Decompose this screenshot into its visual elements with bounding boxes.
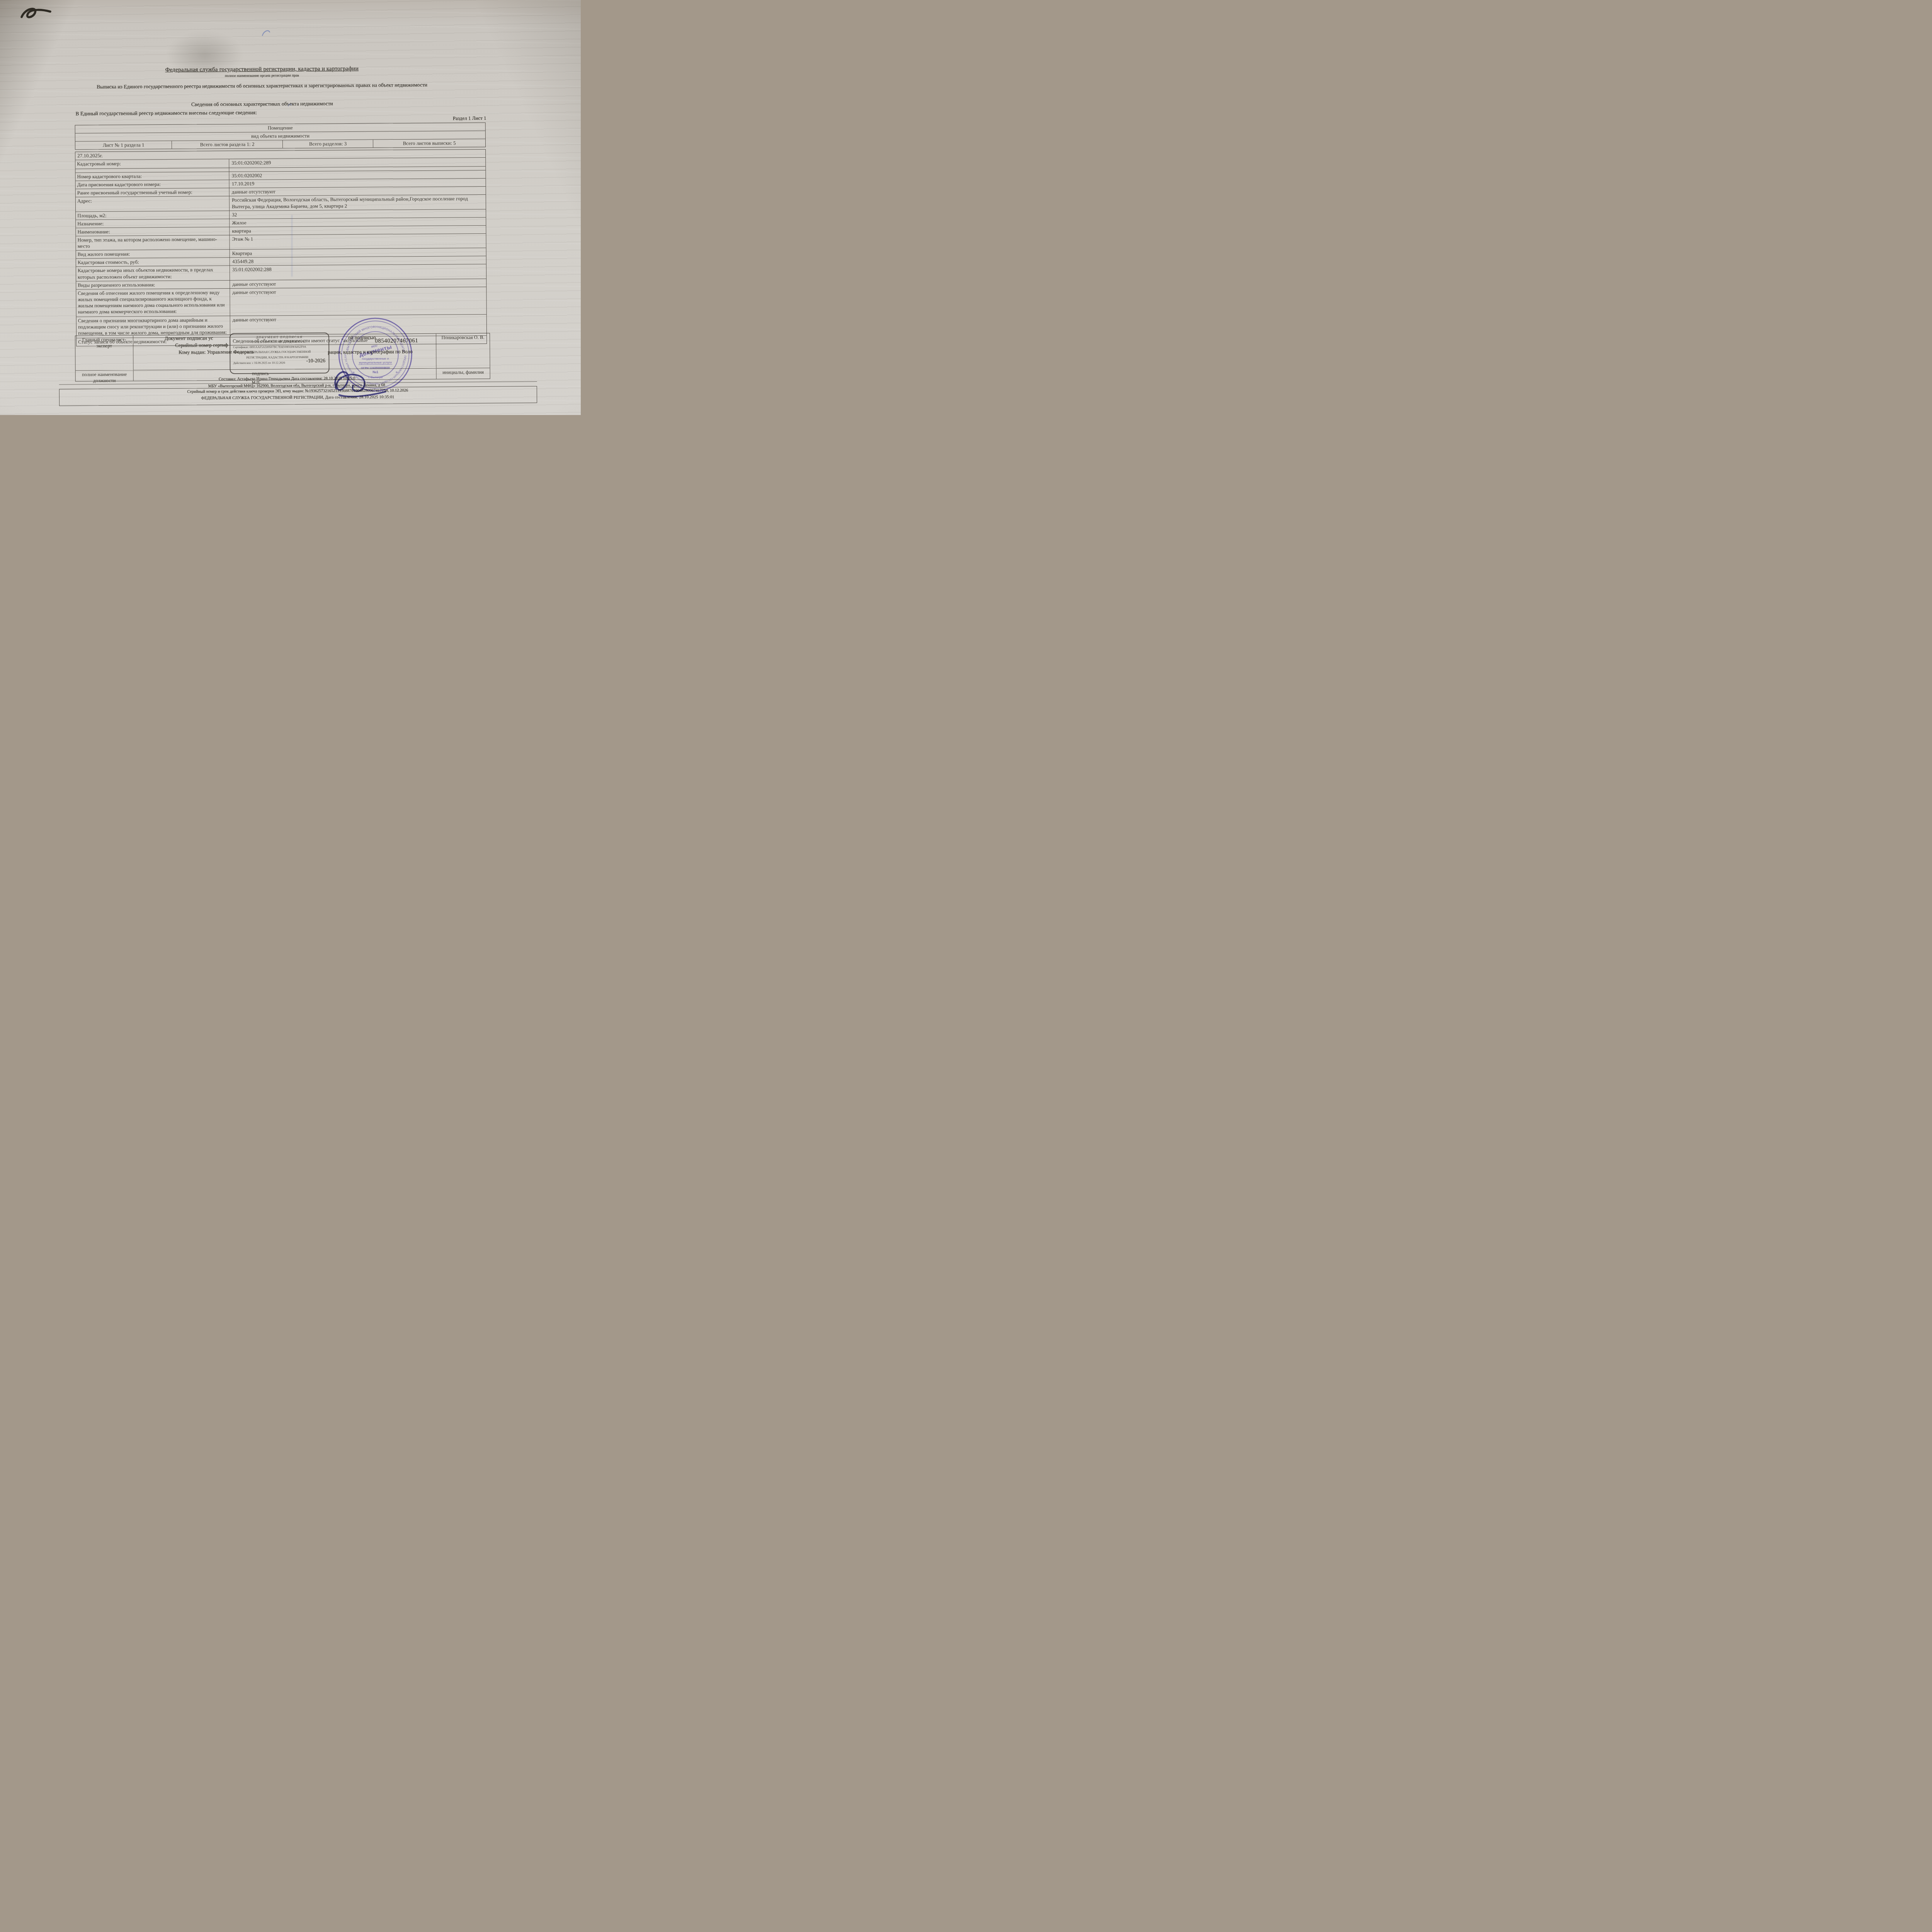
signer-name: Поникаровская О. В. (436, 333, 490, 368)
row-label: Кадастровая стоимость, руб: (76, 258, 230, 267)
blue-ink-mark (261, 29, 271, 37)
stamp-line2: муниципальные услуги (359, 361, 392, 364)
sheet-cell: Всего разделов: 3 (283, 140, 374, 148)
row-label: Ранее присвоенный государственный учетны… (76, 188, 230, 197)
sheet-cell: Всего листов выписки: 5 (373, 139, 485, 148)
ep-stamp-certificate: Сертификат: 0091AAF5A599507BC7E6D39D2DFA… (233, 344, 326, 350)
row-value: данные отсутствуют (230, 187, 486, 196)
org-name: Федеральная служба государственной регис… (127, 65, 397, 73)
row-value: Российская Федерация, Вологодская област… (230, 195, 486, 210)
row-value: 35:01:0202002:288 (230, 264, 486, 280)
blue-ink-streak (291, 215, 293, 277)
stamp-star-right-icon: ✳ (395, 371, 398, 374)
ep-stamp-owner: Владелец: ФЕДЕРАЛЬНАЯ СЛУЖБА ГОСУДАРСТВЕ… (233, 349, 326, 355)
scanned-document-photo: Федеральная служба государственной регис… (0, 0, 581, 415)
section-sheet-label: Раздел 1 Лист 1 (386, 115, 486, 122)
row-value: 17.10.2019 (230, 179, 486, 188)
signer-position: Главный специалист-эксперт (75, 335, 134, 370)
row-value: данные отсутствуют (230, 279, 486, 288)
row-label: Наименование: (76, 227, 230, 236)
sheet-cell: Всего листов раздела 1: 2 (172, 140, 283, 149)
characteristics-table: 27.10.2025г. Кадастровый номер:35:01:020… (75, 149, 487, 346)
row-label: Площадь, м2: (76, 211, 230, 220)
row-value: 35:01:0202002:289 (229, 158, 485, 168)
row-label: Кадастровый номер: (75, 159, 229, 168)
object-kind-table: Помещение вид объекта недвижимости Лист … (75, 122, 486, 150)
row-value: данные отсутствуют (230, 287, 486, 316)
row-value: 435449.28 (230, 256, 486, 265)
row-value: 32 (230, 209, 486, 219)
row-label: Номер, тип этажа, на котором расположено… (76, 235, 230, 250)
section-title: Сведения об основных характеристиках объ… (107, 100, 417, 108)
row-label: Дата присвоения кадастрового номера: (76, 180, 230, 189)
org-caption: полное наименование органа регистрации п… (127, 73, 397, 78)
row-label: Виды разрешенного использования: (76, 281, 230, 289)
row-value: 35:01:0202002 (229, 170, 485, 180)
sheet-cell: Лист № 1 раздела 1 (75, 141, 172, 150)
printed-date-fragment: -10-2026 (306, 357, 325, 364)
printed-signed-line-left: Документ подписан ус (165, 335, 213, 342)
stamp-line1: государственные и (362, 357, 389, 360)
printed-serial-label: Серийный номер сертиф (175, 342, 228, 349)
handwritten-signature (327, 364, 393, 400)
extract-title: Выписка из Единого государственного реес… (66, 82, 458, 90)
corner-pen-scribble (19, 5, 54, 22)
row-value: Этаж № 1 (230, 234, 486, 249)
blue-ink-dot (287, 102, 292, 107)
row-value: Квартира (230, 248, 486, 257)
row-label: Номер кадастрового квартала: (75, 172, 229, 181)
document-page: Федеральная служба государственной регис… (0, 0, 581, 415)
row-label: Назначение: (76, 219, 230, 228)
row-label: Адрес: (76, 196, 230, 211)
row-value: Жилое (230, 218, 486, 227)
digital-signature-stamp: ДОКУМЕНТ ПОДПИСАН ЭЛЕКТРОННОЙ ПОДПИСЬЮ С… (230, 332, 330, 374)
row-value: квартира (230, 226, 486, 235)
intro-line: В Единый государственный реестр недвижим… (75, 110, 257, 117)
row-label: Сведения об отнесении жилого помещения к… (76, 289, 230, 316)
row-label: Кадастровые номера иных объектов недвижи… (76, 266, 230, 281)
row-label: Вид жилого помещения: (76, 250, 230, 259)
